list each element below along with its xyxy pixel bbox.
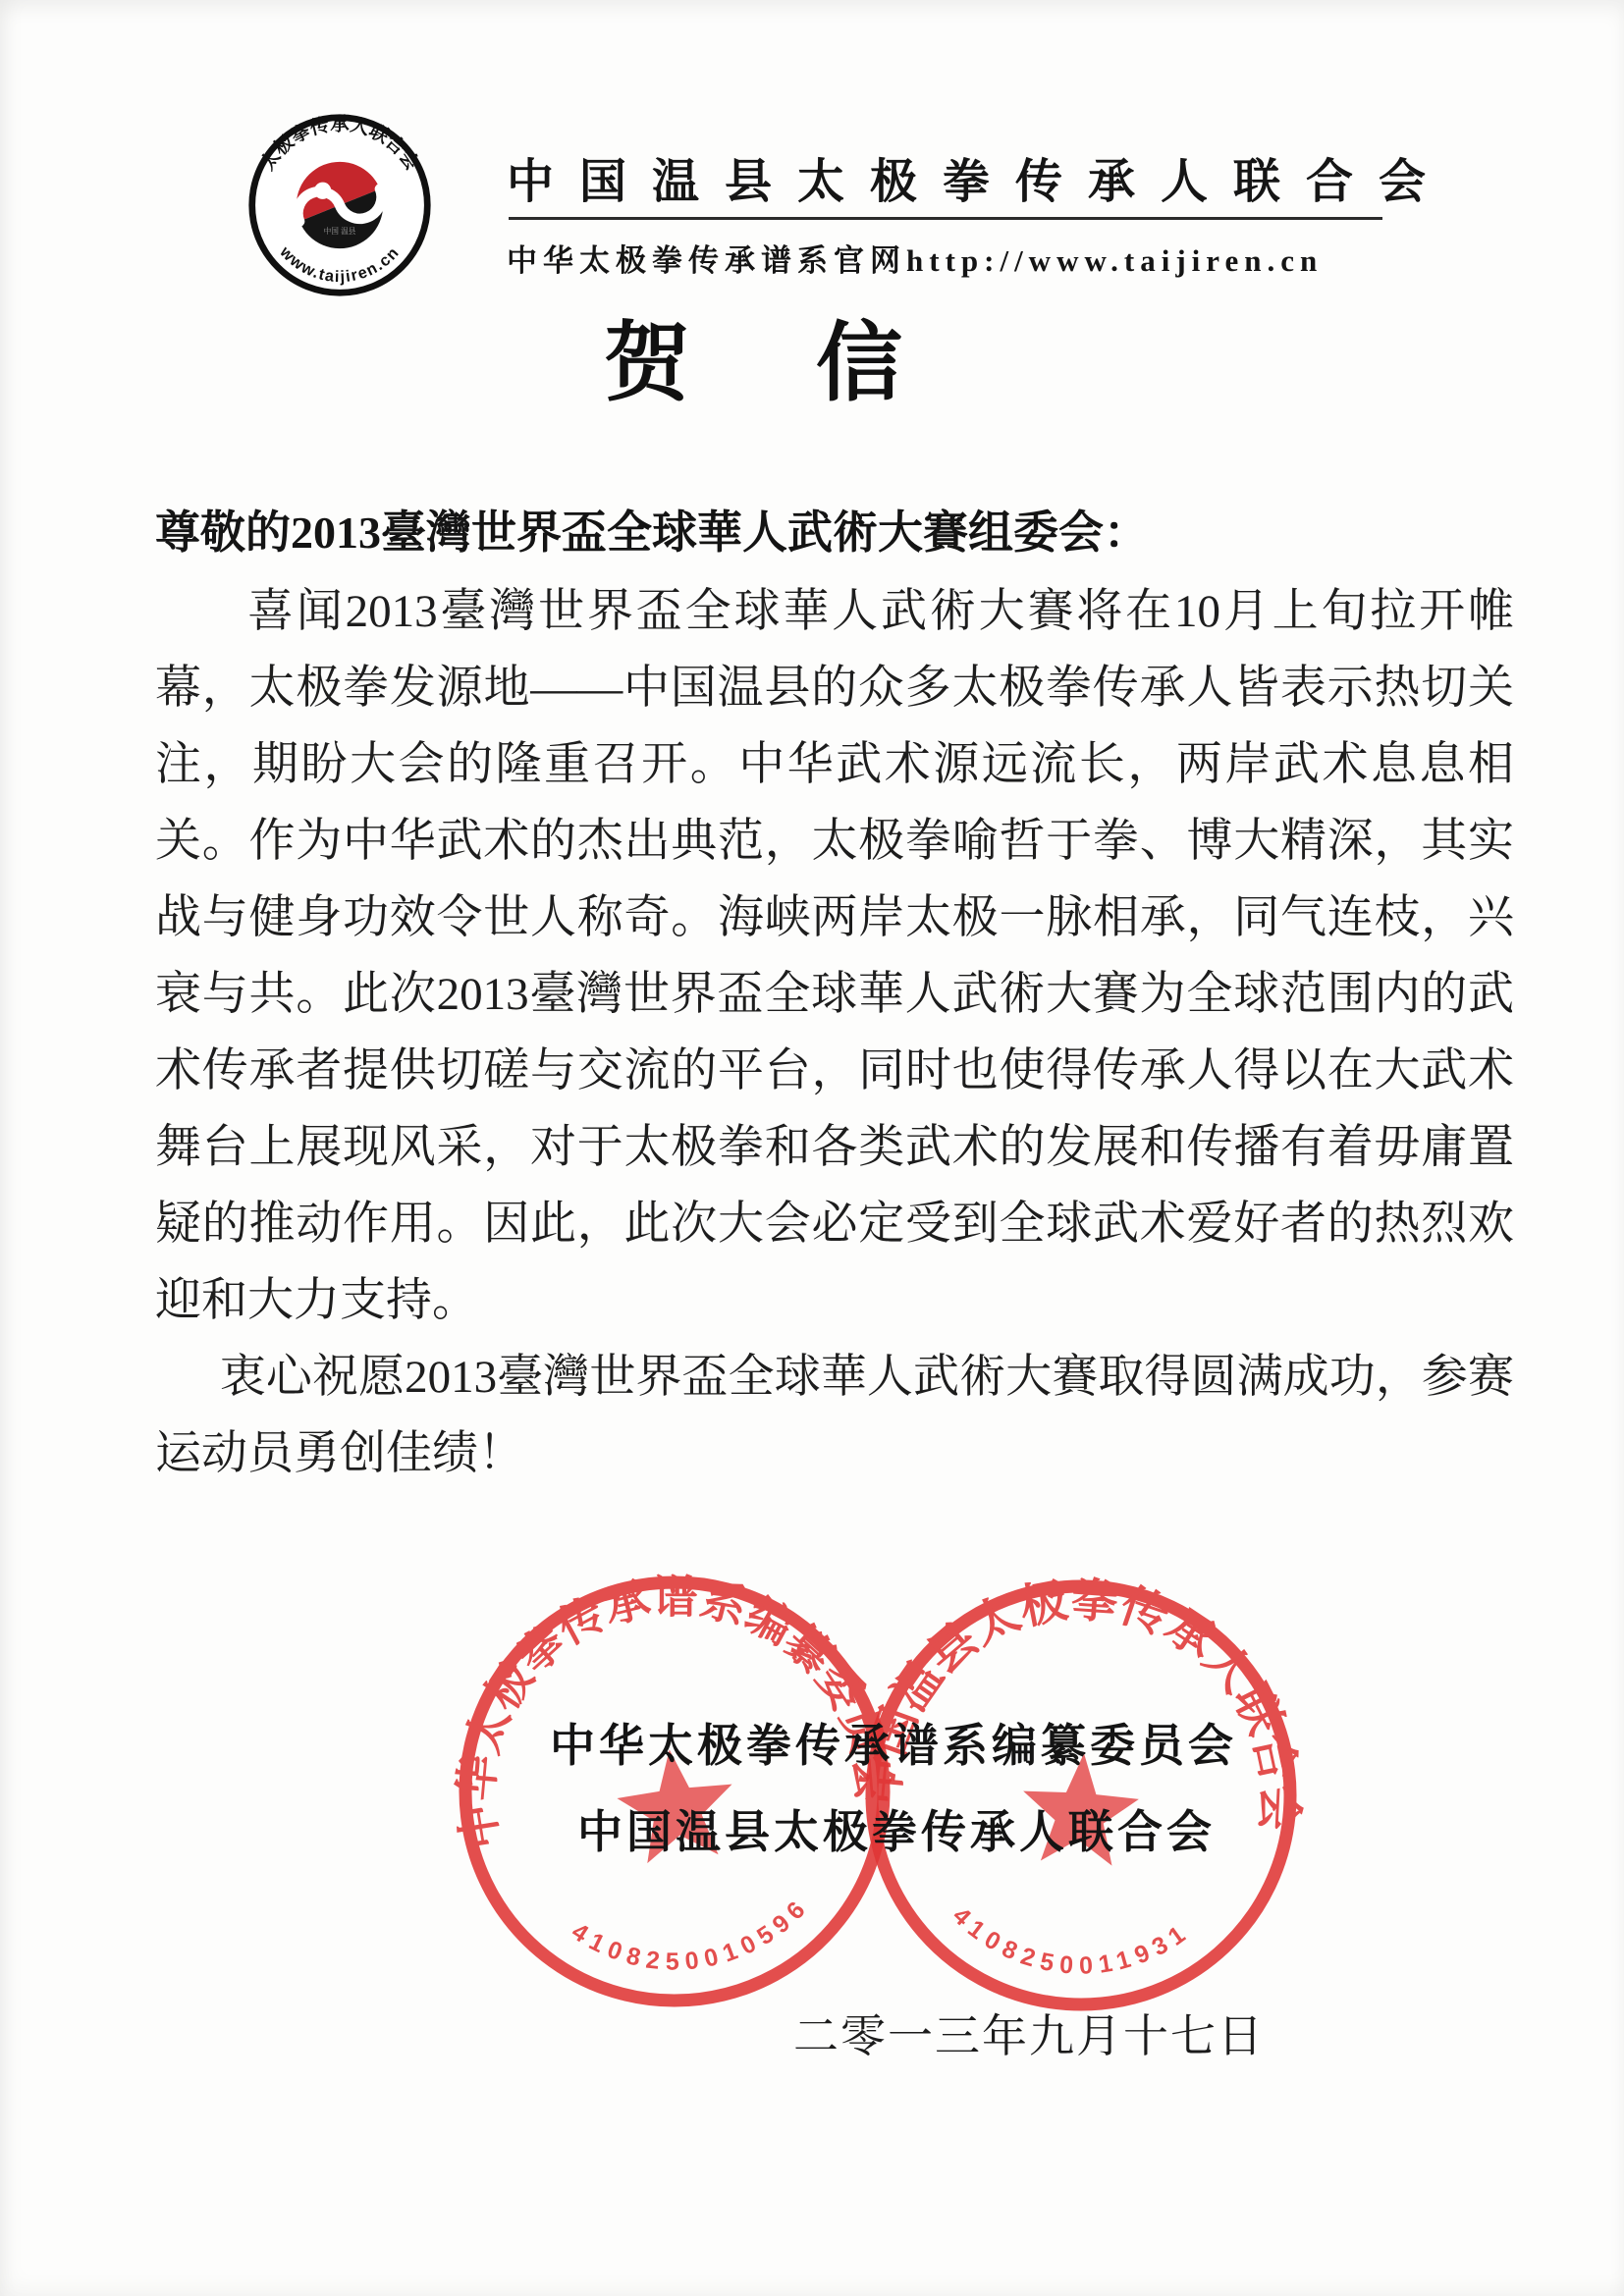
signature-line-federation: 中国温县太极拳传承人联合会 (577, 1796, 1216, 1861)
header-divider (509, 217, 1382, 220)
signature-line-committee: 中华太极拳传承谱系编纂委员会 (550, 1710, 1237, 1775)
salutation-line: 尊敬的2013臺灣世界盃全球華人武術大賽组委会： (155, 497, 1520, 561)
org-logo: 太极拳传承人联合会 www.taijiren.cn 中国 温县 (245, 111, 434, 299)
body-paragraph-2: 衷心祝愿2013臺灣世界盃全球華人武術大賽取得圆满成功，参赛运动员勇创佳绩！ (155, 1339, 1514, 1492)
letter-document-page: 太极拳传承人联合会 www.taijiren.cn 中国 温县 中国温县太极拳传… (0, 0, 1624, 2296)
org-website-line: 中华太极拳传承谱系官网http://www.taijiren.cn (507, 236, 1449, 280)
letter-title: 贺 信 (604, 294, 930, 418)
logo-center-text: 中国 温县 (324, 226, 356, 236)
letter-body: 喜闻2013臺灣世界盃全球華人武術大賽将在10月上旬拉开帷幕，太极拳发源地——中… (155, 573, 1514, 1492)
letter-date: 二零一三年九月十七日 (793, 2001, 1265, 2065)
official-seal-federation: 中国温县太极拳传承人联合会 4108250011931 (835, 1549, 1327, 2042)
body-paragraph-1: 喜闻2013臺灣世界盃全球華人武術大賽将在10月上旬拉开帷幕，太极拳发源地——中… (155, 573, 1514, 1339)
org-name-heading: 中国温县太极拳传承人联合会 (507, 143, 1449, 211)
